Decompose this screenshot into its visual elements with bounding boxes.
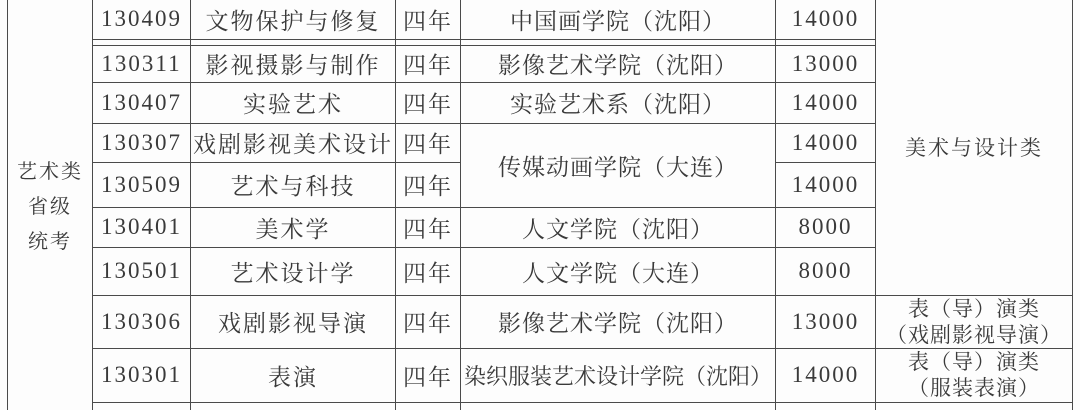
partial-cell (776, 402, 876, 410)
cell-code: 130306 (93, 295, 191, 348)
cell-major: 戏剧影视导演 (191, 295, 396, 348)
cell-major: 表演 (191, 348, 396, 402)
partial-cell (876, 402, 1073, 410)
cell-code: 130407 (93, 82, 191, 123)
exam-category-line3: 统考 (28, 231, 72, 253)
cell-college: 影像艺术学院（沈阳） (461, 295, 776, 348)
cell-fee: 14000 (776, 0, 876, 39)
cell-major: 艺术设计学 (191, 247, 396, 295)
exam-category-cell: 艺术类 省级 统考 (8, 0, 93, 410)
cell-fee: 8000 (776, 207, 876, 247)
cell-fee: 13000 (776, 295, 876, 348)
category-directing-line2: （戏剧影视导演） (876, 322, 1072, 348)
category-fashion-line1: 表（导）演类 (876, 349, 1072, 375)
cell-duration: 四年 (396, 348, 461, 402)
category-fashion-cell: 表（导）演类 （服装表演） (876, 348, 1073, 402)
cell-duration: 四年 (396, 247, 461, 295)
cell-fee: 13000 (776, 45, 876, 82)
cell-duration: 四年 (396, 162, 461, 207)
cell-college: 人文学院（大连） (461, 247, 776, 295)
table-partial-row (8, 402, 1073, 410)
cell-code: 130307 (93, 123, 191, 162)
cell-duration: 四年 (396, 295, 461, 348)
admission-programs-table: 艺术类 省级 统考 130409 文物保护与修复 四年 中国画学院（沈阳） 14… (7, 0, 1073, 410)
cell-code: 130501 (93, 247, 191, 295)
table-row: 艺术类 省级 统考 130409 文物保护与修复 四年 中国画学院（沈阳） 14… (8, 0, 1073, 39)
cell-major: 文物保护与修复 (191, 0, 396, 39)
cell-duration: 四年 (396, 45, 461, 82)
cell-duration: 四年 (396, 123, 461, 162)
cell-duration: 四年 (396, 207, 461, 247)
cell-code: 130401 (93, 207, 191, 247)
cell-fee: 14000 (776, 82, 876, 123)
cell-college: 实验艺术系（沈阳） (461, 82, 776, 123)
cell-college: 染织服装艺术设计学院（沈阳） (461, 348, 776, 402)
table-row: 130301 表演 四年 染织服装艺术设计学院（沈阳） 14000 表（导）演类… (8, 348, 1073, 402)
cell-college: 影像艺术学院（沈阳） (461, 45, 776, 82)
cell-duration: 四年 (396, 0, 461, 39)
partial-cell (396, 402, 461, 410)
exam-category-line1: 艺术类 (17, 161, 83, 183)
cell-code: 130311 (93, 45, 191, 82)
cell-code: 130301 (93, 348, 191, 402)
partial-cell (461, 402, 776, 410)
cell-fee: 14000 (776, 162, 876, 207)
cell-code: 130509 (93, 162, 191, 207)
cell-fee: 8000 (776, 247, 876, 295)
cell-code: 130409 (93, 0, 191, 39)
cell-major: 影视摄影与制作 (191, 45, 396, 82)
cell-major: 戏剧影视美术设计 (191, 123, 396, 162)
cell-college: 中国画学院（沈阳） (461, 0, 776, 39)
exam-category-line2: 省级 (28, 196, 72, 218)
cell-fee: 14000 (776, 348, 876, 402)
category-art-design-cell: 美术与设计类 (876, 0, 1073, 295)
cell-major: 艺术与科技 (191, 162, 396, 207)
partial-cell (191, 402, 396, 410)
admission-table-page: 艺术类 省级 统考 130409 文物保护与修复 四年 中国画学院（沈阳） 14… (0, 0, 1080, 410)
table-row: 130306 戏剧影视导演 四年 影像艺术学院（沈阳） 13000 表（导）演类… (8, 295, 1073, 348)
category-directing-cell: 表（导）演类 （戏剧影视导演） (876, 295, 1073, 348)
cell-major: 实验艺术 (191, 82, 396, 123)
cell-college-merged: 传媒动画学院（大连） (461, 123, 776, 207)
cell-fee: 14000 (776, 123, 876, 162)
cell-duration: 四年 (396, 82, 461, 123)
partial-cell (93, 402, 191, 410)
category-fashion-line2: （服装表演） (876, 375, 1072, 401)
cell-college: 人文学院（沈阳） (461, 207, 776, 247)
category-directing-line1: 表（导）演类 (876, 296, 1072, 322)
cell-major: 美术学 (191, 207, 396, 247)
